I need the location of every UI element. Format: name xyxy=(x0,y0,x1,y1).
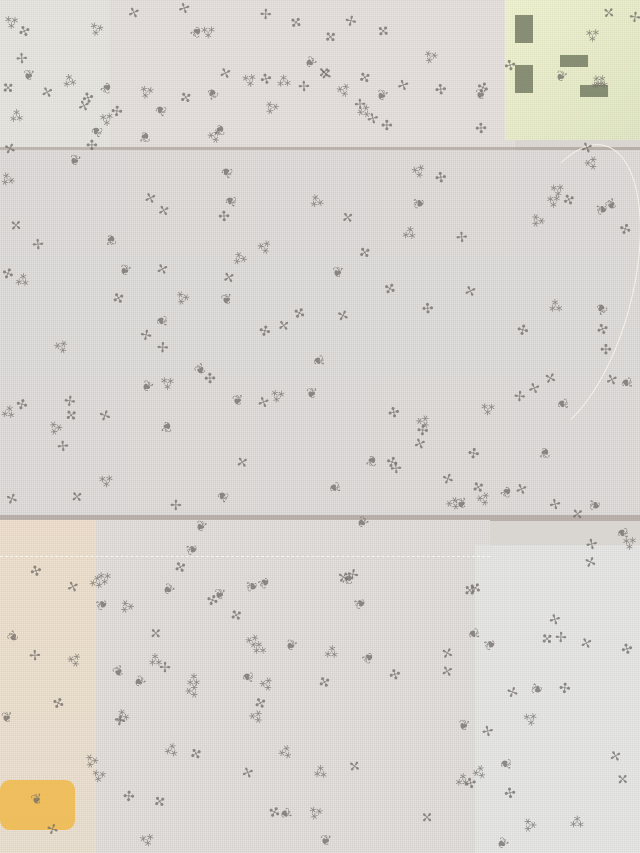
print-sprig-icon: ❦ xyxy=(588,499,603,512)
print-sprig-icon: ❦ xyxy=(220,292,234,308)
print-sprig-icon: ❦ xyxy=(245,580,260,593)
print-sprig-icon: ❦ xyxy=(618,376,633,389)
patch-bottom-right xyxy=(475,545,640,853)
print-sprig-icon: ✢ xyxy=(15,52,30,65)
print-sprig-icon: ✢ xyxy=(29,647,41,662)
print-sprig-icon: ✢ xyxy=(63,394,78,408)
print-sprig-icon: ✣ xyxy=(558,681,573,694)
print-sprig-icon: ✢ xyxy=(513,388,526,403)
print-sprig-icon: ✣ xyxy=(434,170,449,184)
print-sprig-icon: ✣ xyxy=(122,790,137,803)
print-sprig-icon: ❦ xyxy=(412,197,427,210)
print-sprig-icon: ❦ xyxy=(154,315,168,327)
print-sprig-icon: ⁂ xyxy=(257,239,273,255)
print-sprig-icon: ❦ xyxy=(615,527,629,539)
print-sprig-icon: ❦ xyxy=(554,397,569,410)
print-sprig-icon: ❦ xyxy=(306,387,318,401)
patch-top-right xyxy=(505,0,640,140)
quilt-photo: ✢✢⁂⁂⁂❦❦✢❦⁂✢❦⁂❦❦✣✢✢✢✣⁂❦✢⁂✢❦❦⁂❦⁂✢❦✣⁂✢✢⁂❦❦✢… xyxy=(0,0,640,853)
print-sprig-icon: ✣ xyxy=(381,119,395,131)
print-sprig-icon: ✣ xyxy=(416,422,429,437)
print-sprig-icon: ⁂ xyxy=(83,753,98,768)
print-sprig-icon: ❦ xyxy=(474,88,487,103)
print-sprig-icon: ❦ xyxy=(232,394,245,409)
print-sprig-icon: ❦ xyxy=(239,670,254,684)
print-sprig-icon: ✢ xyxy=(170,499,182,513)
print-sprig-icon: ❦ xyxy=(213,121,227,136)
print-sprig-icon: ✢ xyxy=(111,713,127,727)
print-sprig-icon: ⁂ xyxy=(174,290,190,306)
print-sprig-icon: ✣ xyxy=(86,139,98,153)
print-sprig-icon: ⁂ xyxy=(570,816,584,830)
print-sprig-icon: ✢ xyxy=(481,724,495,740)
print-sprig-icon: ❦ xyxy=(30,792,44,808)
print-sprig-icon: ✢ xyxy=(54,440,69,453)
print-sprig-icon: ⁂ xyxy=(411,163,428,180)
print-sprig-icon: ✢ xyxy=(389,460,402,475)
print-sprig-icon: ✣ xyxy=(467,444,481,460)
print-sprig-icon: ⁂ xyxy=(476,491,492,507)
stitch-line xyxy=(0,556,490,557)
print-sprig-icon: ✢ xyxy=(139,328,153,344)
print-sprig-icon: ⁂ xyxy=(522,818,536,832)
print-sprig-icon: ✣ xyxy=(501,786,516,800)
print-sprig-icon: ✣ xyxy=(110,105,123,120)
print-sprig-icon: ❦ xyxy=(1,711,13,725)
patch-top-middle xyxy=(110,0,515,150)
print-sprig-icon: ❦ xyxy=(538,445,551,460)
print-sprig-icon: ✢ xyxy=(298,78,310,92)
print-sprig-icon: ⁂ xyxy=(585,156,599,170)
patch-bottom-left xyxy=(0,520,100,853)
print-sprig-icon: ❦ xyxy=(331,265,344,280)
print-sprig-icon: ⁂ xyxy=(186,684,200,698)
print-sprig-icon: ✢ xyxy=(31,236,44,251)
print-sprig-icon: ❦ xyxy=(104,232,117,247)
print-sprig-icon: ✣ xyxy=(600,341,612,355)
print-sprig-icon: ✢ xyxy=(585,537,599,553)
print-sprig-icon: ❦ xyxy=(139,129,151,144)
print-sprig-icon: ❦ xyxy=(310,354,326,368)
print-sprig-icon: ⁂ xyxy=(201,24,215,38)
print-sprig-icon: ⁂ xyxy=(277,75,292,90)
print-sprig-icon: ⁂ xyxy=(91,767,107,783)
print-sprig-icon: ❦ xyxy=(497,758,512,771)
print-sprig-icon: ✢ xyxy=(628,10,640,25)
print-sprig-icon: ⁂ xyxy=(260,677,275,692)
print-sprig-icon: ⁂ xyxy=(98,472,113,487)
print-sprig-icon: ⁂ xyxy=(47,420,62,435)
print-sprig-icon: ⁂ xyxy=(67,652,83,668)
print-sprig-icon: ✣ xyxy=(434,82,449,95)
print-sprig-icon: ⁂ xyxy=(278,744,294,760)
print-sprig-icon: ✢ xyxy=(157,339,169,354)
print-sprig-icon: ⁂ xyxy=(481,401,496,416)
print-sprig-icon: ✣ xyxy=(421,302,436,315)
print-sprig-icon: ❦ xyxy=(457,718,471,734)
print-sprig-icon: ⁂ xyxy=(245,633,261,649)
print-sprig-icon: ⁂ xyxy=(336,82,352,98)
print-sprig-icon: ⁂ xyxy=(139,831,156,848)
print-sprig-icon: ✢ xyxy=(553,631,568,643)
print-sprig-icon: ✢ xyxy=(260,8,274,20)
print-sprig-icon: ❦ xyxy=(22,68,35,83)
print-sprig-icon: ✣ xyxy=(216,210,231,222)
print-sprig-icon: ❦ xyxy=(319,834,332,849)
print-sprig-icon: ✢ xyxy=(455,231,468,246)
print-sprig-icon: ✣ xyxy=(473,122,488,134)
